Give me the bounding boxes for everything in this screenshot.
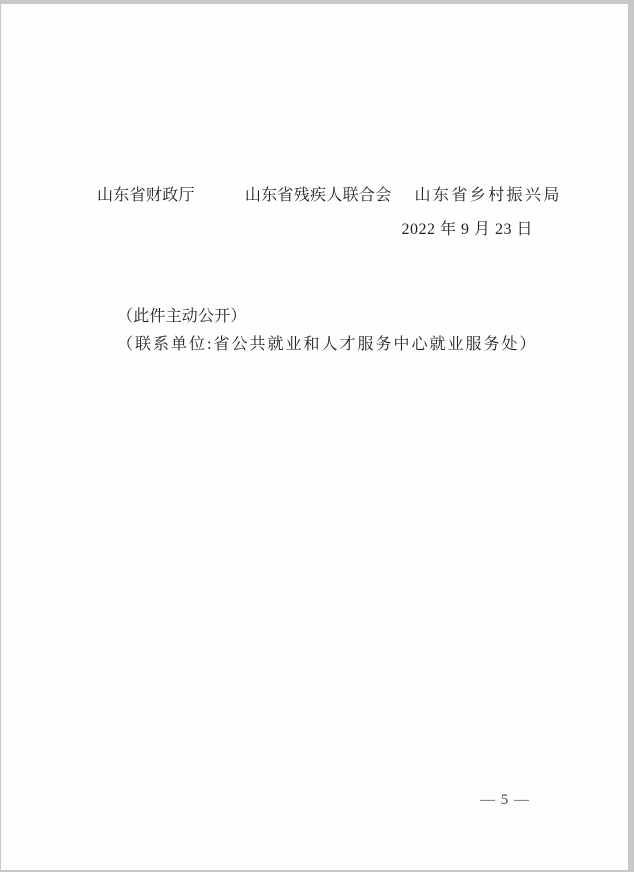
signature-agency-finance-dept: 山东省财政厅 [97,186,195,206]
signature-date: 2022 年 9 月 23 日 [401,220,533,240]
signature-agency-disabled-persons-federation: 山东省残疾人联合会 [245,186,392,206]
document-page: 山东省财政厅 山东省残疾人联合会 山东省乡村振兴局 2022 年 9 月 23 … [1,4,628,870]
signature-agency-rural-revitalization-bureau: 山东省乡村振兴局 [415,186,562,206]
disclosure-note: （此件主动公开） [117,307,247,327]
signature-agencies-line: 山东省财政厅 山东省残疾人联合会 山东省乡村振兴局 [97,186,562,206]
page-number: — 5 — [480,791,530,809]
contact-unit-note: （联系单位:省公共就业和人才服务中心就业服务处） [117,335,537,355]
